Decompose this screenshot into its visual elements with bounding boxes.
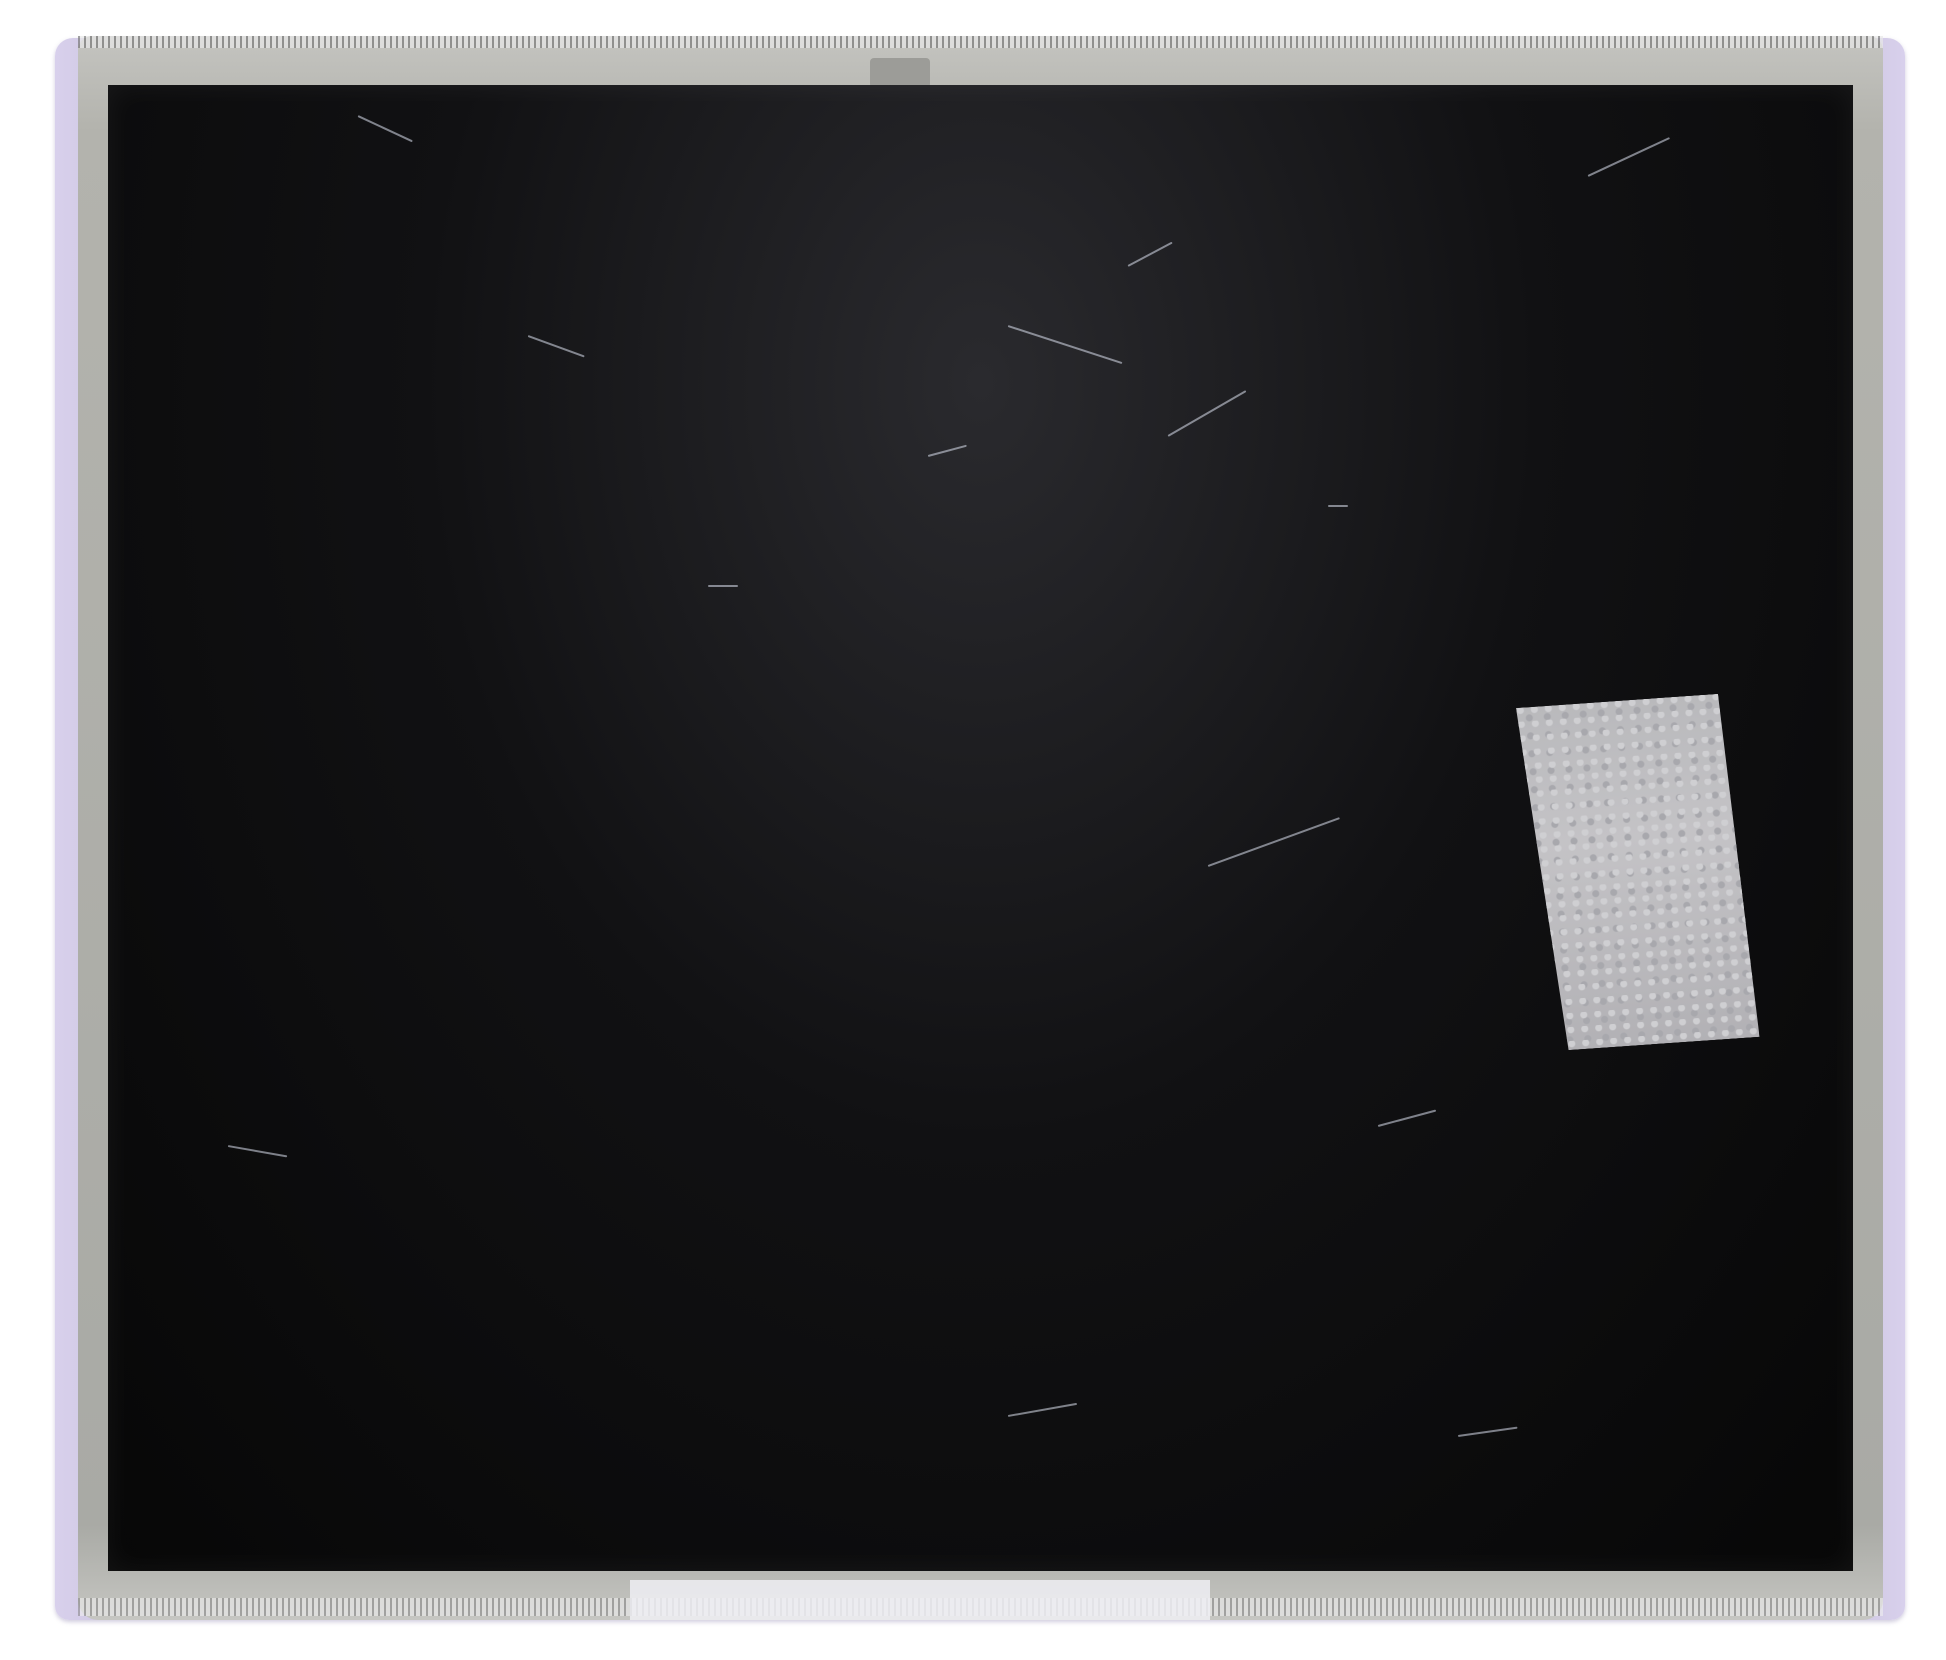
scratch-mark xyxy=(1378,1110,1436,1127)
case-bottom-tab xyxy=(630,1580,1210,1620)
scratch-mark xyxy=(358,115,413,142)
scratch-mark xyxy=(1588,137,1670,177)
scratch-mark xyxy=(1128,242,1173,267)
scratch-mark xyxy=(528,335,585,357)
scratch-mark xyxy=(1008,325,1123,364)
scratch-mark xyxy=(928,445,967,457)
scratch-mark xyxy=(1328,505,1348,507)
scratch-mark xyxy=(1008,1403,1077,1417)
scratch-mark xyxy=(228,1145,287,1157)
case-top-hinge xyxy=(78,36,1883,48)
scratch-mark xyxy=(708,585,738,587)
scratch-mark xyxy=(1458,1427,1518,1437)
case-top-tab xyxy=(870,58,930,88)
scratch-mark xyxy=(1208,817,1340,867)
scratch-mark xyxy=(1168,390,1247,437)
